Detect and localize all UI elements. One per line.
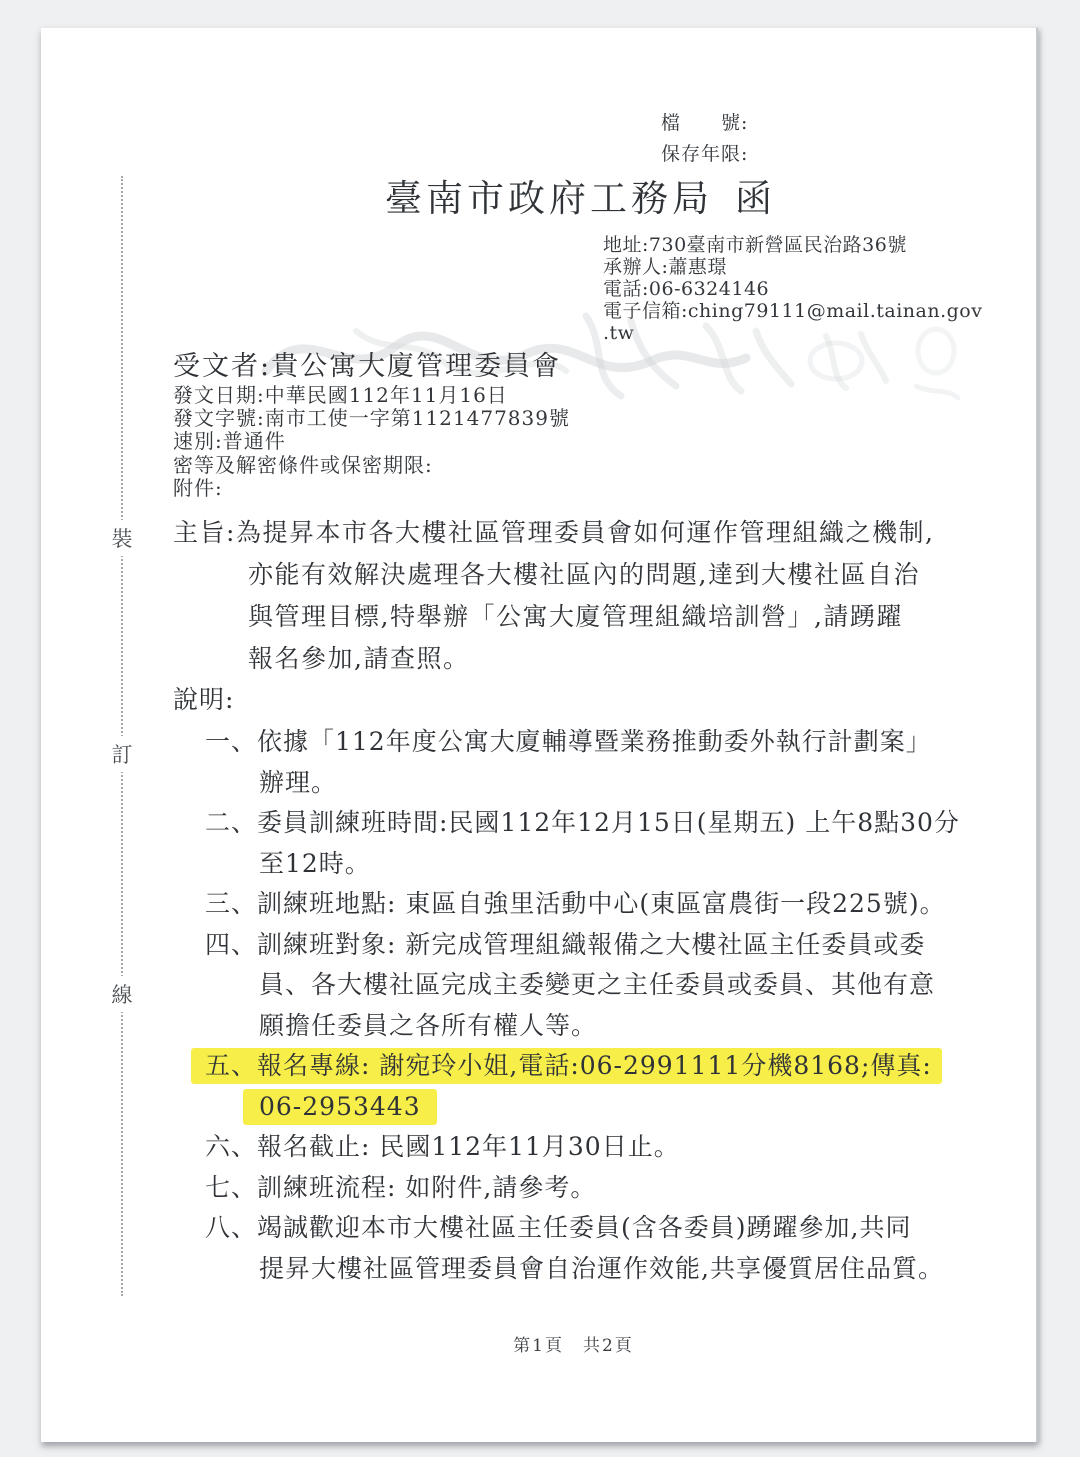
retention-period-label: 保存年限: — [661, 139, 748, 170]
recipient-line: 受文者:貴公寓大廈管理委員會 — [173, 344, 561, 383]
contact-person-line: 承辦人:蕭惠璟 — [603, 256, 982, 278]
list-item-7: 七、訓練班流程: 如附件,請參考。 — [205, 1168, 1005, 1209]
scanned-document-page: 檔 號: 保存年限: 臺南市政府工務局函 地址:730臺南市新營區民治路36號 … — [41, 27, 1038, 1442]
list-item-3: 三、訓練班地點: 東區自強里活動中心(東區富農街一段225號)。 — [205, 884, 1005, 925]
binding-mark-zhuang: 裝 — [110, 520, 134, 556]
binding-mark-xian: 線 — [110, 976, 134, 1012]
subject-paragraph: 主旨:為提昇本市各大樓社區管理委員會如何運作管理組織之機制, 亦能有效解決處理各… — [173, 512, 1023, 680]
photo-viewer-background: { "page": { "background_color": "#eff0f2… — [0, 0, 1080, 1457]
list-item-2: 二、委員訓練班時間:民國112年12月15日(星期五) 上午8點30分 至12時… — [205, 803, 1005, 884]
list-item-5-highlighted: 五、報名專線: 謝宛玲小姐,電話:06-2991111分機8168;傳真:06-… — [205, 1046, 1005, 1127]
list-item-6: 六、報名截止: 民國112年11月30日止。 — [205, 1127, 1005, 1168]
document-meta-block: 發文日期:中華民國112年11月16日 發文字號:南市工使一字第11214778… — [173, 384, 570, 500]
subject-text: 為提昇本市各大樓社區管理委員會如何運作管理組織之機制, 亦能有效解決處理各大樓社… — [236, 518, 934, 673]
address-line: 地址:730臺南市新營區民治路36號 — [603, 234, 982, 256]
list-item-8: 八、竭誠歡迎本市大樓社區主任委員(含各委員)踴躍參加,共同 提昇大樓社區管理委員… — [205, 1208, 1005, 1289]
list-item-1: 一、依據「112年度公寓大廈輔導暨業務推動委外執行計劃案」 辦理。 — [205, 722, 1005, 803]
subject-label: 主旨: — [173, 518, 236, 547]
highlighted-text-line1: 五、報名專線: 謝宛玲小姐,電話:06-2991111分機8168;傳真: — [191, 1048, 942, 1084]
explanation-item-list: 一、依據「112年度公寓大廈輔導暨業務推動委外執行計劃案」 辦理。 二、委員訓練… — [205, 722, 1005, 1289]
issue-number-line: 發文字號:南市工使一字第1121477839號 — [173, 407, 570, 430]
list-item-4: 四、訓練班對象: 新完成管理組織報備之大樓社區主任委員或委 員、各大樓社區完成主… — [205, 925, 1005, 1047]
speed-class-line: 速別:普通件 — [173, 430, 570, 453]
binding-mark-ding: 訂 — [110, 736, 134, 772]
recipient-value: 貴公寓大廈管理委員會 — [271, 351, 561, 382]
file-number-label: 檔 號: — [661, 108, 748, 139]
archive-number-block: 檔 號: 保存年限: — [661, 108, 748, 170]
document-title: 臺南市政府工務局函 — [385, 168, 776, 222]
recipient-label: 受文者: — [173, 351, 271, 382]
highlighted-text-line2: 06-2953443 — [243, 1089, 437, 1125]
page-number-footer: 第1頁 共2頁 — [41, 1331, 1036, 1356]
explanation-label: 說明: — [173, 680, 234, 716]
security-class-line: 密等及解密條件或保密期限: — [173, 454, 570, 477]
issue-date-line: 發文日期:中華民國112年11月16日 — [173, 384, 570, 407]
doc-type-label: 函 — [735, 177, 776, 220]
org-title: 臺南市政府工務局 — [385, 177, 713, 220]
attachment-line: 附件: — [173, 477, 570, 500]
